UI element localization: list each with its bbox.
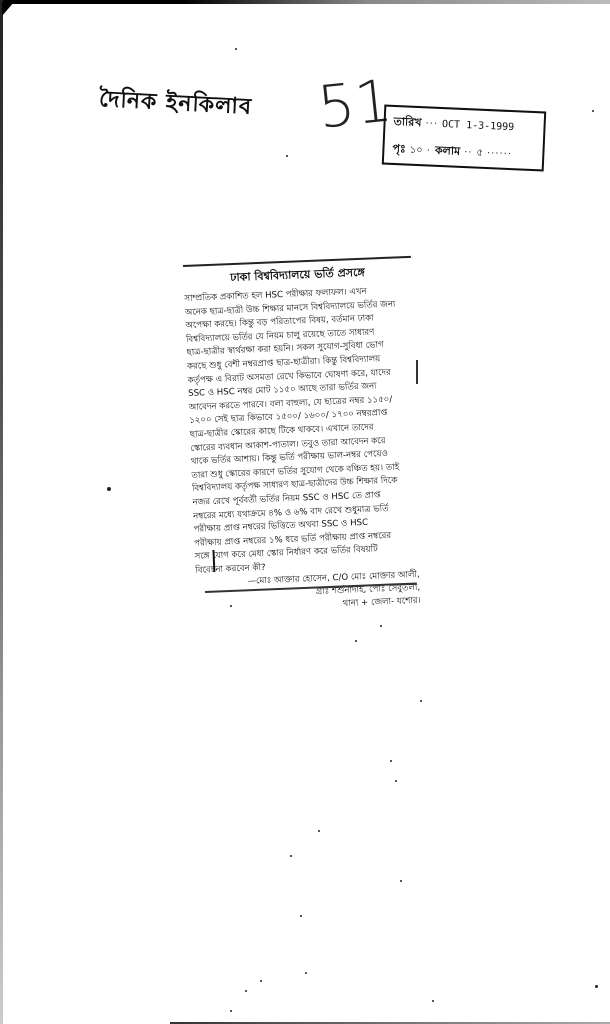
speck [595,985,598,988]
stamp-dots: ··· [425,118,438,130]
speck [286,155,288,157]
speck [380,625,382,627]
margin-mark-right [416,360,418,384]
speck [230,1010,232,1012]
newspaper-masthead: দৈনিক ইনকিলাব [98,82,253,127]
archive-stamp: তারিখ ··· OCT 1-3-1999 পৃঃ ১০ · কলাম ·· … [382,104,546,171]
scan-edge-left [0,0,3,1024]
stamp-date-value: OCT 1-3-1999 [442,119,515,133]
speck [245,990,247,992]
speck [230,605,232,607]
speck [305,972,307,974]
speck [300,915,302,917]
stamp-page-row: পৃঃ ১০ · কলাম ·· ৫ ······ [392,140,535,165]
speck [260,980,262,982]
speck [107,487,111,491]
speck [592,110,594,112]
stamp-column-label: কলাম [435,142,461,162]
speck [290,855,292,857]
speck [390,760,392,762]
scan-edge-top [0,0,610,4]
article-body: সাম্প্রতিক প্রকাশিত হল HSC পরীক্ষার ফলাফ… [184,284,423,578]
stamp-date-row: তারিখ ··· OCT 1-3-1999 [393,113,536,138]
speck [395,780,397,782]
stamp-dots: ·· [464,147,473,158]
speck [235,48,237,50]
newspaper-clipping: ঢাকা বিশ্ববিদ্যালয়ে ভর্তি প্রসঙ্গে সাম্… [183,256,425,617]
speck [432,1000,434,1002]
stamp-page-value: ১০ [409,143,423,161]
speck [355,640,357,642]
stamp-date-label: তারিখ [393,113,422,133]
stamp-dots: · [427,145,432,156]
speck [420,700,422,702]
folded-corner [2,2,14,16]
speck [400,880,402,882]
stamp-dots: ······ [487,148,513,160]
speck [318,830,320,832]
stamp-page-label: পৃঃ [392,140,406,160]
stamp-column-value: ৫ [476,146,483,163]
